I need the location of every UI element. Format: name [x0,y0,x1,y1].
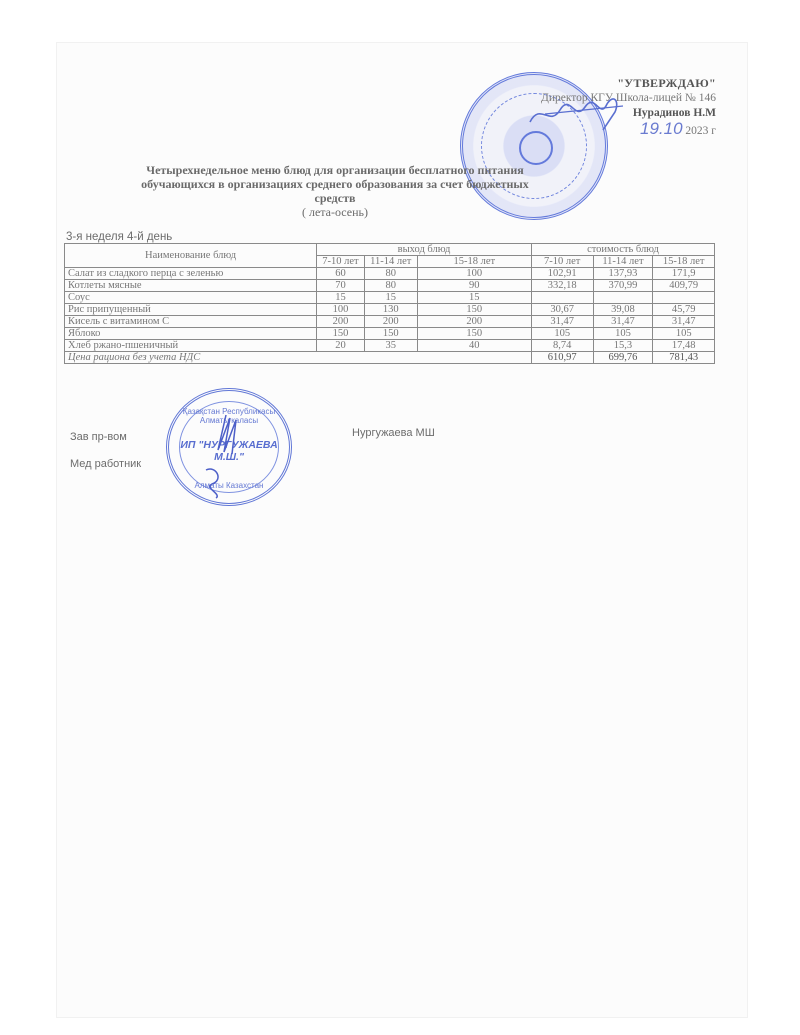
table-row: Яблоко150150150105105105 [65,328,715,340]
table-row: Котлеты мясные708090332,18370,99409,79 [65,280,715,292]
approval-name: Нурадинов Н.М [541,106,716,121]
header-dish-name: Наименование блюд [65,244,317,268]
approval-year: 2023 г [685,125,716,137]
dish-output-value: 200 [317,316,365,328]
table-row: Кисель с витамином С20020020031,4731,473… [65,316,715,328]
dish-cost-value: 39,08 [593,304,653,316]
dish-output-value: 80 [364,280,417,292]
dish-name: Хлеб ржано-пшеничный [65,340,317,352]
dish-cost-value: 137,93 [593,268,653,280]
dish-cost-value: 31,47 [593,316,653,328]
dish-output-value: 60 [317,268,365,280]
dish-output-value: 20 [317,340,365,352]
dish-cost-value: 105 [593,328,653,340]
dish-output-value: 150 [417,328,531,340]
table-row: Салат из сладкого перца с зеленью6080100… [65,268,715,280]
dish-cost-value: 332,18 [531,280,593,292]
menu-table: Наименование блюд выход блюд стоимость б… [64,243,715,364]
dish-cost-value: 370,99 [593,280,653,292]
document-title: Четырехнедельное меню блюд для организац… [120,163,550,219]
dish-cost-value: 409,79 [653,280,715,292]
dish-name: Яблоко [65,328,317,340]
dish-cost-value: 30,67 [531,304,593,316]
dish-output-value: 150 [364,328,417,340]
total-value: 781,43 [653,352,715,364]
dish-output-value: 100 [317,304,365,316]
header-output-age: 7-10 лет [317,256,365,268]
approval-date: 19.10 2023 г [541,121,716,139]
week-day-label: 3-я неделя 4-й день [66,231,172,243]
title-line-3: ( лета-осень) [120,205,550,219]
dish-output-value: 100 [417,268,531,280]
dish-cost-value: 17,48 [653,340,715,352]
dish-name: Салат из сладкого перца с зеленью [65,268,317,280]
dish-cost-value [531,292,593,304]
dish-cost-value: 8,74 [531,340,593,352]
approval-block: "УТВЕРЖДАЮ" Директор КГУ Школа-лицей № 1… [541,76,716,139]
dish-output-value: 70 [317,280,365,292]
header-output-age: 11-14 лет [364,256,417,268]
dish-name: Рис припущенный [65,304,317,316]
table-header-row-groups: Наименование блюд выход блюд стоимость б… [65,244,715,256]
header-output-age: 15-18 лет [417,256,531,268]
dish-cost-value: 102,91 [531,268,593,280]
approval-date-handwritten: 19.10 [640,119,683,138]
dish-name: Соус [65,292,317,304]
dish-output-value: 150 [317,328,365,340]
dish-output-value: 80 [364,268,417,280]
dish-cost-value [593,292,653,304]
dish-output-value: 15 [364,292,417,304]
dish-output-value: 90 [417,280,531,292]
total-value: 699,76 [593,352,653,364]
title-line-1: Четырехнедельное меню блюд для организац… [120,163,550,177]
header-cost-group: стоимость блюд [531,244,714,256]
approval-heading: "УТВЕРЖДАЮ" [541,76,716,91]
dish-output-value: 40 [417,340,531,352]
dish-output-value: 15 [417,292,531,304]
header-cost-age: 15-18 лет [653,256,715,268]
total-value: 610,97 [531,352,593,364]
header-output-group: выход блюд [317,244,532,256]
dish-cost-value: 171,9 [653,268,715,280]
table-row: Соус151515 [65,292,715,304]
menu-table-body: Салат из сладкого перца с зеленью6080100… [65,268,715,352]
dish-cost-value: 105 [531,328,593,340]
dish-cost-value: 105 [653,328,715,340]
header-cost-age: 7-10 лет [531,256,593,268]
dish-cost-value: 15,3 [593,340,653,352]
total-label: Цена рациона без учета НДС [65,352,532,364]
dish-cost-value: 31,47 [653,316,715,328]
header-cost-age: 11-14 лет [593,256,653,268]
table-row: Рис припущенный10013015030,6739,0845,79 [65,304,715,316]
dish-output-value: 15 [317,292,365,304]
dish-output-value: 200 [364,316,417,328]
table-total-row: Цена рациона без учета НДС 610,97 699,76… [65,352,715,364]
dish-name: Котлеты мясные [65,280,317,292]
dish-cost-value: 31,47 [531,316,593,328]
head-of-production-label: Зав пр-вом [70,431,127,443]
dish-name: Кисель с витамином С [65,316,317,328]
dish-output-value: 35 [364,340,417,352]
dish-cost-value [653,292,715,304]
dish-output-value: 200 [417,316,531,328]
head-of-production-name: Нургужаева МШ [352,427,435,439]
approval-position: Директор КГУ Школа-лицей № 146 [541,91,716,106]
dish-output-value: 150 [417,304,531,316]
dish-cost-value: 45,79 [653,304,715,316]
title-line-2: обучающихся в организациях среднего обра… [120,177,550,205]
dish-output-value: 130 [364,304,417,316]
manager-signature [196,410,256,500]
medic-label: Мед работник [70,458,141,470]
table-row: Хлеб ржано-пшеничный2035408,7415,317,48 [65,340,715,352]
